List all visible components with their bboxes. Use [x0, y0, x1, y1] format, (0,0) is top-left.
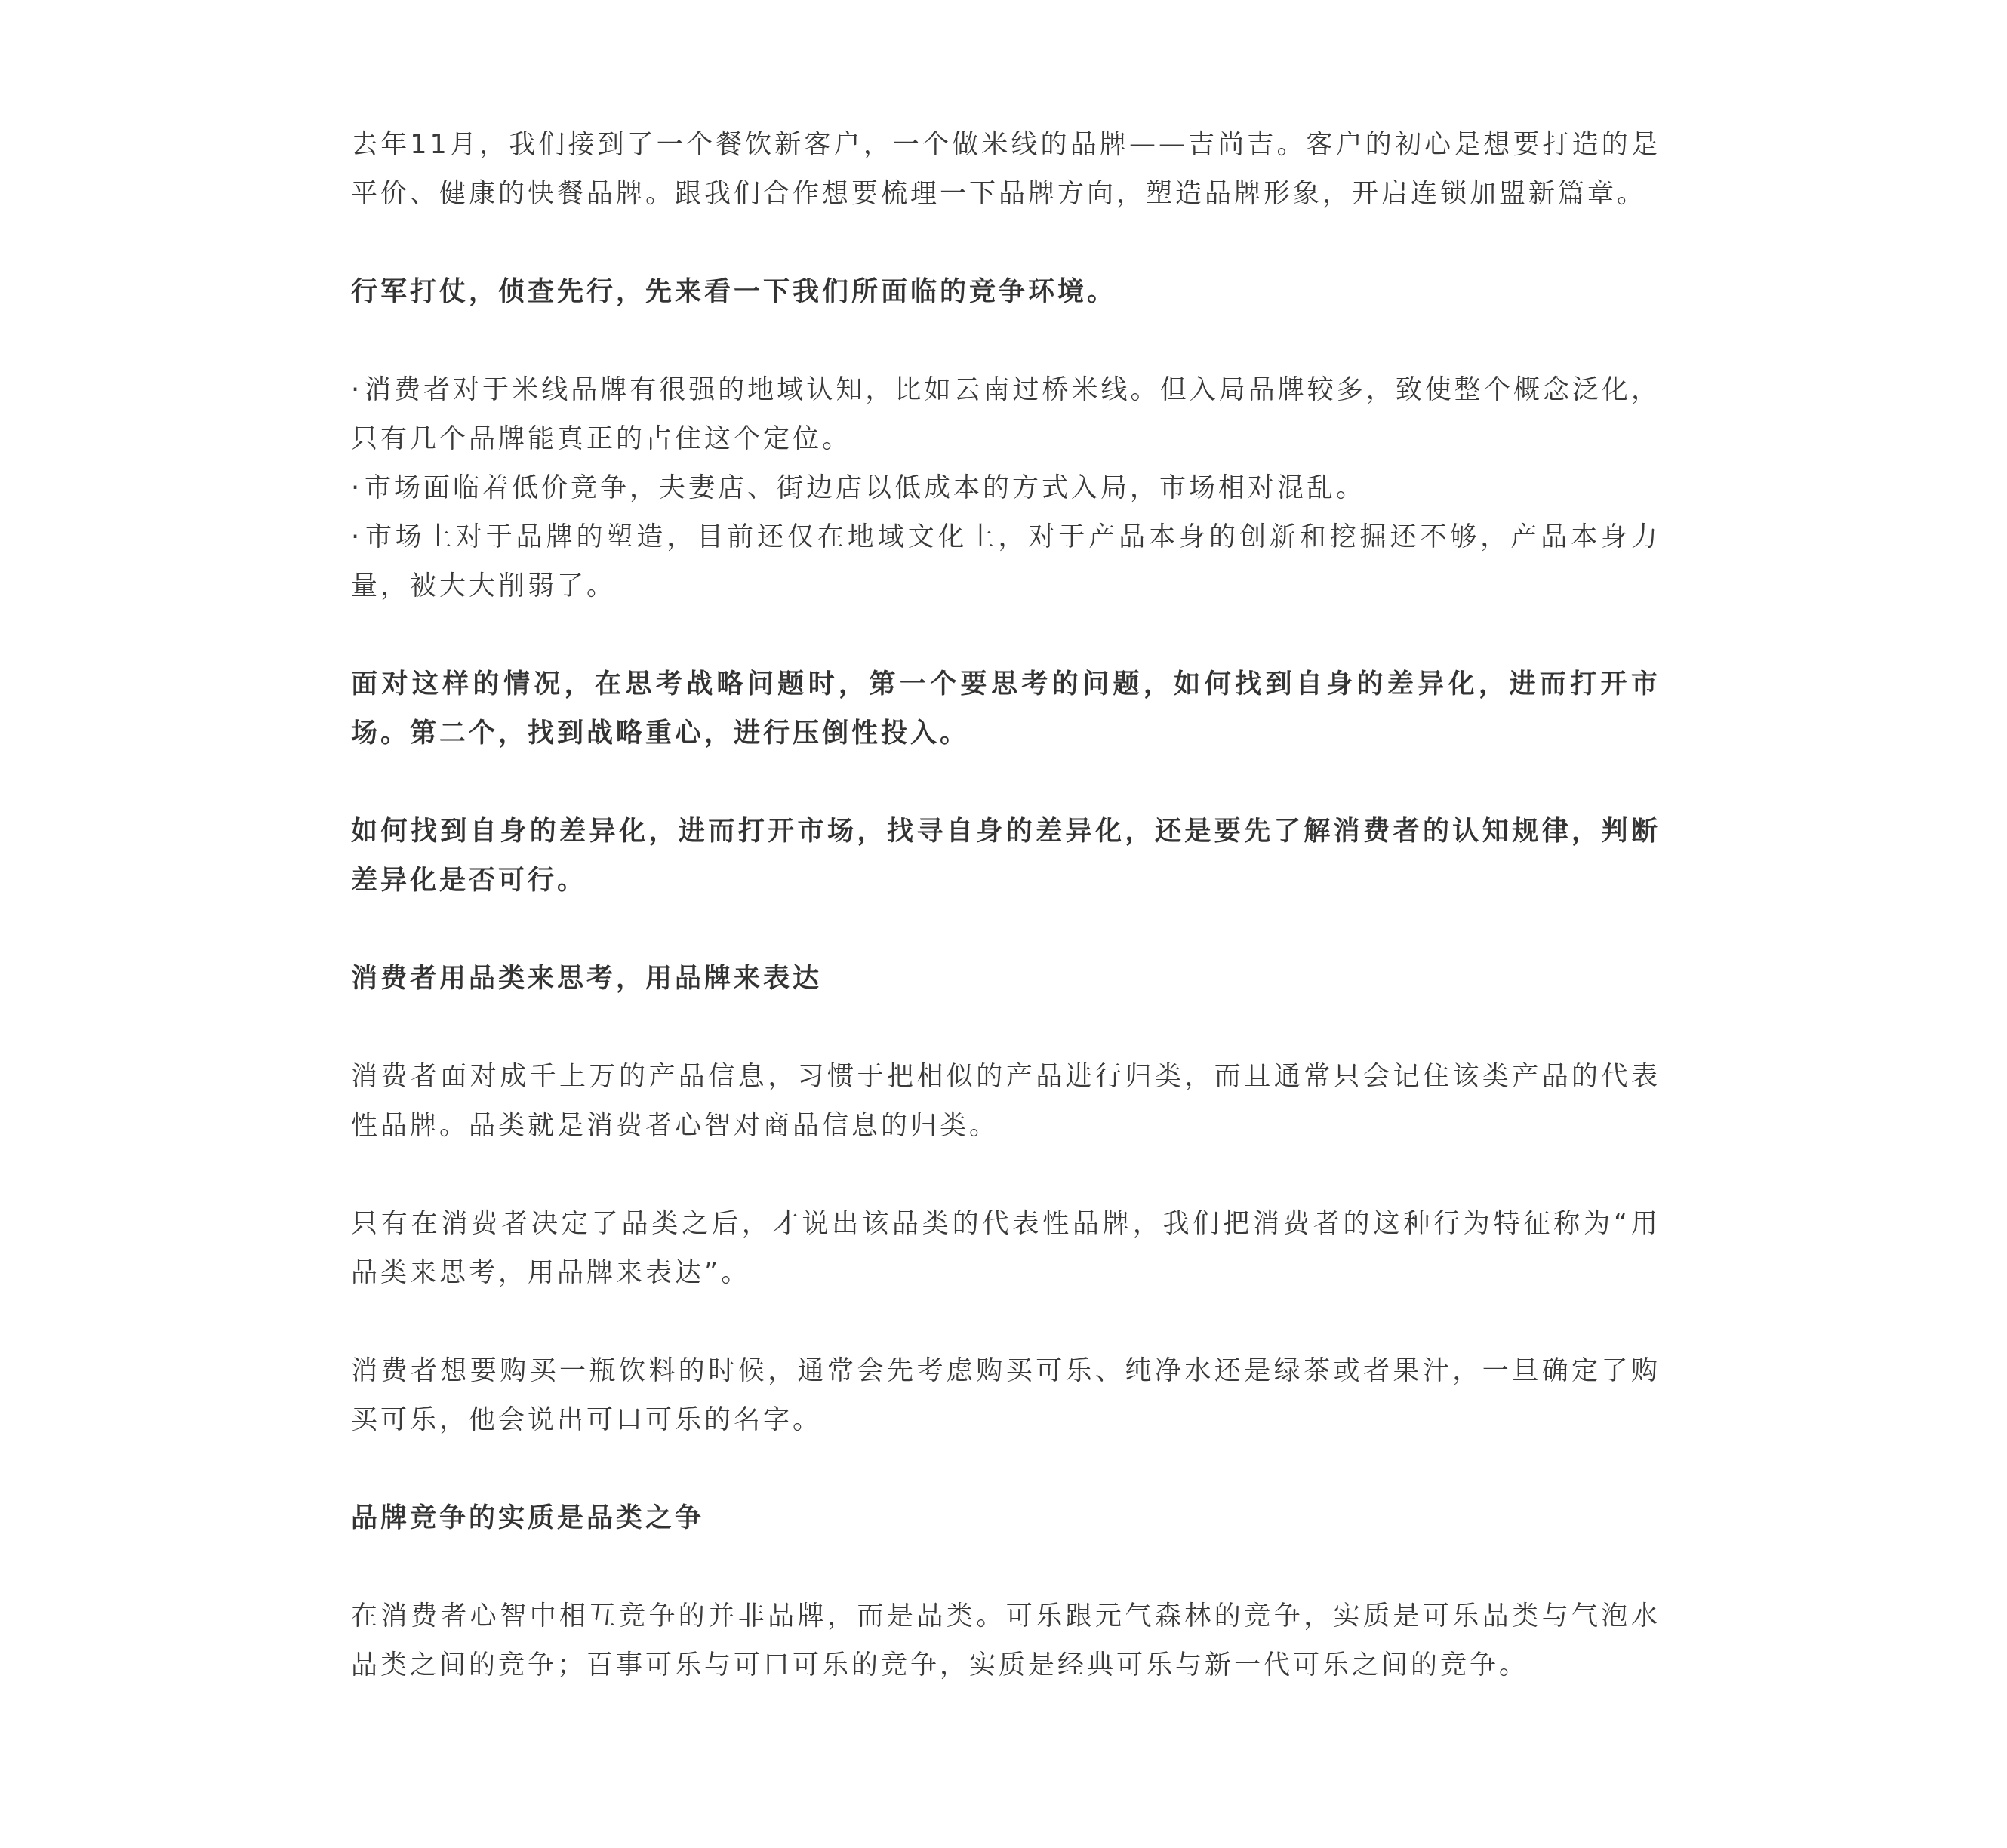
article-body: 去年11月，我们接到了一个餐饮新客户，一个做米线的品牌——吉尚吉。客户的初心是想… — [351, 121, 1661, 1739]
section-heading-category-competition: 品牌竞争的实质是品类之争 — [351, 1494, 1661, 1543]
bullet-dot-icon: · — [351, 513, 365, 562]
bullet-dot-icon: · — [351, 366, 365, 415]
bullet-item: ·消费者对于米线品牌有很强的地域认知，比如云南过桥米线。但入局品牌较多，致使整个… — [351, 366, 1661, 464]
bullet-item: ·市场面临着低价竞争，夫妻店、街边店以低成本的方式入局，市场相对混乱。 — [351, 464, 1661, 513]
bullet-dot-icon: · — [351, 464, 365, 513]
category-paragraph-2: 只有在消费者决定了品类之后，才说出该品类的代表性品牌，我们把消费者的这种行为特征… — [351, 1200, 1661, 1298]
competition-bullet-list: ·消费者对于米线品牌有很强的地域认知，比如云南过桥米线。但入局品牌较多，致使整个… — [351, 366, 1661, 611]
bullet-text: 市场上对于品牌的塑造，目前还仅在地域文化上，对于产品本身的创新和挖掘还不够，产品… — [351, 522, 1661, 601]
bullet-text: 市场面临着低价竞争，夫妻店、街边店以低成本的方式入局，市场相对混乱。 — [365, 473, 1365, 503]
section-heading-category-thinking: 消费者用品类来思考，用品牌来表达 — [351, 955, 1661, 1004]
strategy-question-paragraph: 面对这样的情况，在思考战略问题时，第一个要思考的问题，如何找到自身的差异化，进而… — [351, 660, 1661, 758]
category-paragraph-1: 消费者面对成千上万的产品信息，习惯于把相似的产品进行归类，而且通常只会记住该类产… — [351, 1053, 1661, 1151]
competition-paragraph: 在消费者心智中相互竞争的并非品牌，而是品类。可乐跟元气森林的竞争，实质是可乐品类… — [351, 1592, 1661, 1690]
section-lead: 行军打仗，侦查先行，先来看一下我们所面临的竞争环境。 — [351, 268, 1661, 317]
category-paragraph-3: 消费者想要购买一瓶饮料的时候，通常会先考虑购买可乐、纯净水还是绿茶或者果汁，一旦… — [351, 1347, 1661, 1445]
differentiation-paragraph: 如何找到自身的差异化，进而打开市场，找寻自身的差异化，还是要先了解消费者的认知规… — [351, 807, 1661, 906]
intro-paragraph: 去年11月，我们接到了一个餐饮新客户，一个做米线的品牌——吉尚吉。客户的初心是想… — [351, 121, 1661, 219]
bullet-text: 消费者对于米线品牌有很强的地域认知，比如云南过桥米线。但入局品牌较多，致使整个概… — [351, 375, 1661, 454]
bullet-item: ·市场上对于品牌的塑造，目前还仅在地域文化上，对于产品本身的创新和挖掘还不够，产… — [351, 513, 1661, 611]
